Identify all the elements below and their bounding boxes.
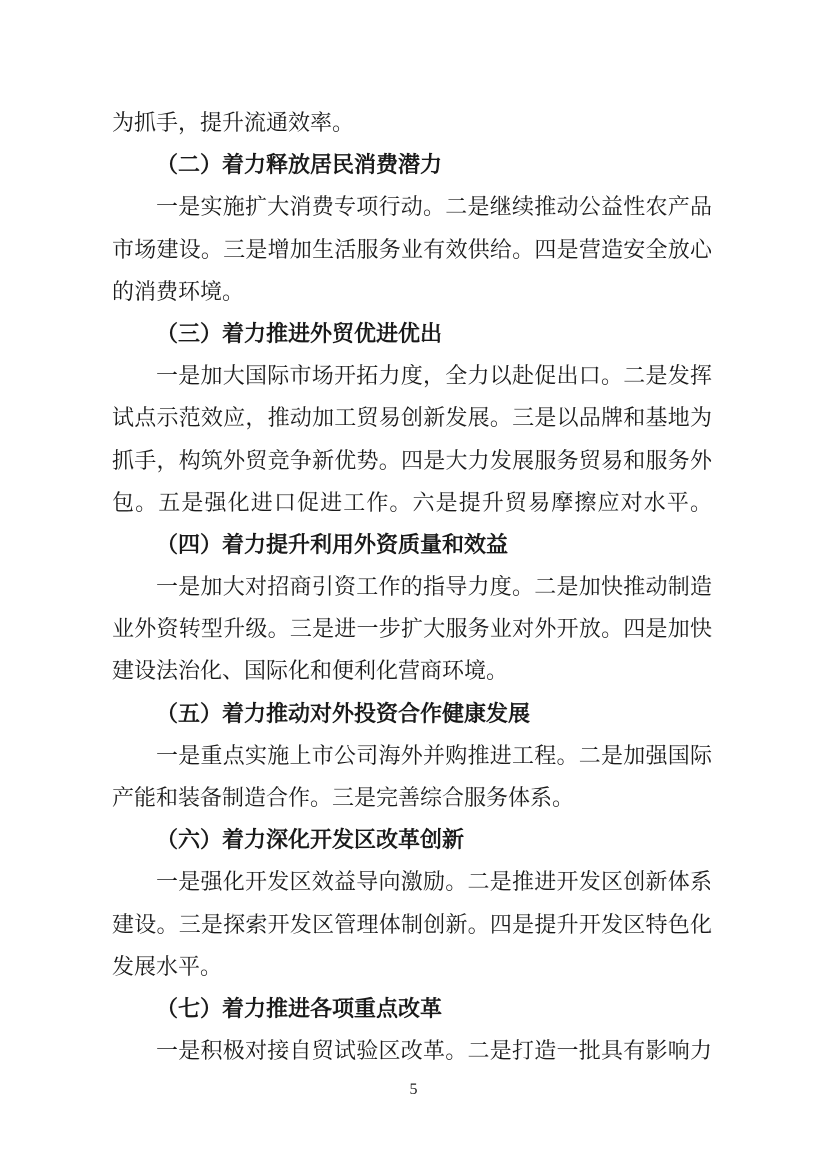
text-line: 的消费环境。 <box>112 271 712 313</box>
text-line: 市场建设。三是增加生活服务业有效供给。四是营造安全放心 <box>112 229 712 271</box>
text-line: 一是强化开发区效益导向激励。二是推进开发区创新体系 <box>112 861 712 903</box>
text-line: 一是积极对接自贸试验区改革。二是打造一批具有影响力 <box>112 1030 712 1072</box>
section-heading: （七）着力推进各项重点改革 <box>112 988 712 1030</box>
text-line: 一是加大国际市场开拓力度，全力以赴促出口。二是发挥 <box>112 355 712 397</box>
section-heading: （四）着力提升利用外资质量和效益 <box>112 524 712 566</box>
section-heading: （二）着力释放居民消费潜力 <box>112 144 712 186</box>
text-line: 业外资转型升级。三是进一步扩大服务业对外开放。四是加快 <box>112 608 712 650</box>
text-line: 抓手，构筑外贸竞争新优势。四是大力发展服务贸易和服务外 <box>112 440 712 482</box>
section-heading: （三）着力推进外贸优进优出 <box>112 313 712 355</box>
text-line: 为抓手，提升流通效率。 <box>112 102 712 144</box>
text-line: 一是重点实施上市公司海外并购推进工程。二是加强国际 <box>112 735 712 777</box>
text-line: 发展水平。 <box>112 946 712 988</box>
text-line: 包。五是强化进口促进工作。六是提升贸易摩擦应对水平。 <box>112 482 712 524</box>
section-heading: （五）着力推动对外投资合作健康发展 <box>112 693 712 735</box>
text-line: 一是加大对招商引资工作的指导力度。二是加快推动制造 <box>112 566 712 608</box>
text-line: 一是实施扩大消费专项行动。二是继续推动公益性农产品 <box>112 186 712 228</box>
section-heading: （六）着力深化开发区改革创新 <box>112 819 712 861</box>
page-number: 5 <box>0 1078 827 1102</box>
text-line: 建设法治化、国际化和便利化营商环境。 <box>112 650 712 692</box>
document-page: 为抓手，提升流通效率。（二）着力释放居民消费潜力一是实施扩大消费专项行动。二是继… <box>0 0 827 1169</box>
text-line: 产能和装备制造合作。三是完善综合服务体系。 <box>112 777 712 819</box>
text-line: 试点示范效应，推动加工贸易创新发展。三是以品牌和基地为 <box>112 397 712 439</box>
text-line: 建设。三是探索开发区管理体制创新。四是提升开发区特色化 <box>112 904 712 946</box>
document-body: 为抓手，提升流通效率。（二）着力释放居民消费潜力一是实施扩大消费专项行动。二是继… <box>112 102 712 1072</box>
